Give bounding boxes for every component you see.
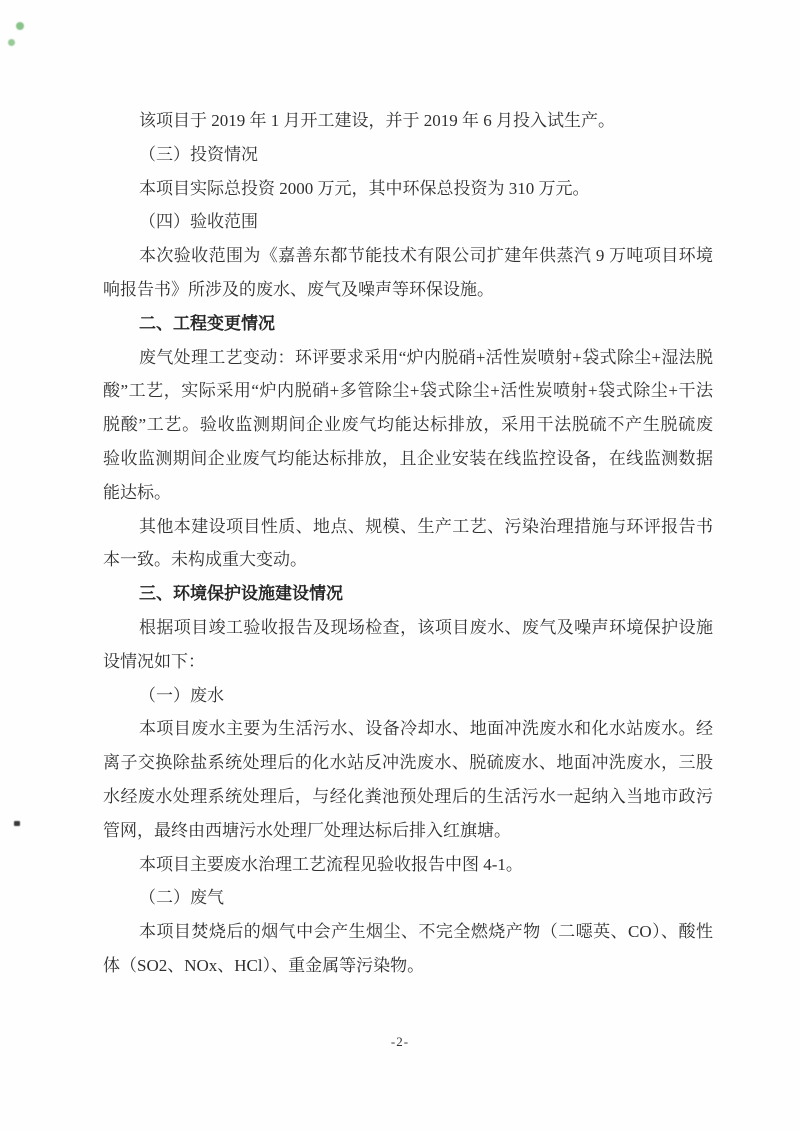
text-line: 验收监测期间企业废气均能达标排放，且企业安装在线监控设备，在线监测数据均 [103,442,713,476]
text-line: 该项目于 2019 年 1 月开工建设，并于 2019 年 6 月投入试生产。 [103,104,713,138]
text-line: 本次验收范围为《嘉善东都节能技术有限公司扩建年供蒸汽 9 万吨项目环境影 [103,239,713,273]
text-line: 水经废水处理系统处理后，与经化粪池预处理后的生活污水一起纳入当地市政污水 [103,780,713,814]
text-line: （三）投资情况 [103,138,713,172]
scan-ink-speck [14,821,20,826]
text-line: 设情况如下： [103,645,713,679]
scanned-document-page: 该项目于 2019 年 1 月开工建设，并于 2019 年 6 月投入试生产。（… [0,0,800,1131]
text-line: 离子交换除盐系统处理后的化水站反冲洗废水、脱硫废水、地面冲洗废水，三股废 [103,746,713,780]
section-heading: 二、工程变更情况 [103,307,713,341]
text-line: 废气处理工艺变动：环评要求采用“炉内脱硝+活性炭喷射+袋式除尘+湿法脱 [103,341,713,375]
page-number: -2- [0,1034,800,1050]
text-line: 本项目焚烧后的烟气中会产生烟尘、不完全燃烧产物（二噁英、CO）、酸性气 [103,915,713,949]
text-line: 管网，最终由西塘污水处理厂处理达标后排入红旗塘。 [103,814,713,848]
text-line: （一）废水 [103,679,713,713]
text-line: 脱酸”工艺。验收监测期间企业废气均能达标排放，采用干法脱硫不产生脱硫废水。 [103,408,713,442]
text-line: 响报告书》所涉及的废水、废气及噪声等环保设施。 [103,273,713,307]
section-heading: 三、环境保护设施建设情况 [103,577,713,611]
scan-mark-green-dot-1 [16,22,24,30]
document-body: 该项目于 2019 年 1 月开工建设，并于 2019 年 6 月投入试生产。（… [103,104,713,983]
text-line: 本项目主要废水治理工艺流程见验收报告中图 4-1。 [103,848,713,882]
text-line: 根据项目竣工验收报告及现场检查，该项目废水、废气及噪声环境保护设施建 [103,611,713,645]
text-line: 体（SO2、NOx、HCl）、重金属等污染物。 [103,949,713,983]
text-line: 本一致。未构成重大变动。 [103,543,713,577]
text-line: （二）废气 [103,881,713,915]
text-line: （四）验收范围 [103,205,713,239]
text-line: 能达标。 [103,476,713,510]
text-line: 酸”工艺，实际采用“炉内脱硝+多管除尘+袋式除尘+活性炭喷射+袋式除尘+干法 [103,374,713,408]
text-line: 本项目废水主要为生活污水、设备冷却水、地面冲洗废水和化水站废水。经钠 [103,712,713,746]
text-line: 其他本建设项目性质、地点、规模、生产工艺、污染治理措施与环评报告书基 [103,510,713,544]
text-line: 本项目实际总投资 2000 万元，其中环保总投资为 310 万元。 [103,172,713,206]
scan-mark-green-dot-2 [8,39,15,46]
